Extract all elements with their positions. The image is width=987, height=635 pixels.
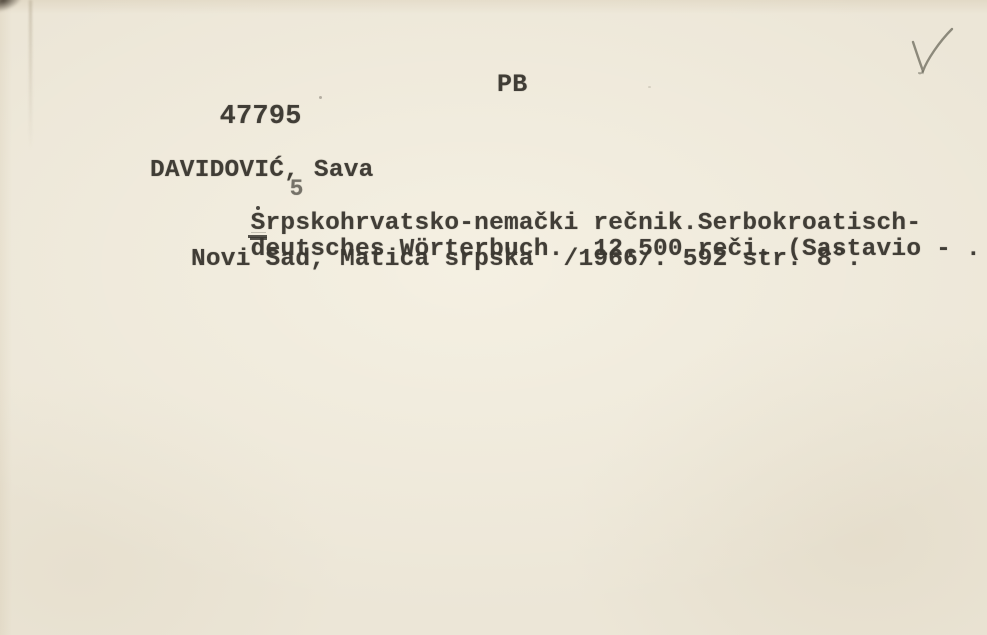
pencil-checkmark-icon — [893, 16, 965, 84]
author-heading: DAVIDOVIĆ, Sava — [150, 158, 374, 184]
ink-speck — [319, 96, 322, 99]
corner-smudge — [0, 0, 26, 15]
ink-speck — [648, 86, 651, 88]
classification-code: PB — [497, 70, 527, 99]
catalog-card: 47795 5 PB DAVIDOVIĆ, Sava Srpskohrvatsk… — [0, 0, 987, 635]
paper-crease — [29, 0, 32, 150]
imprint-line: Novi Sad, Matica srpska /1966/. 592 str.… — [191, 247, 862, 273]
call-number-value: 47795 — [220, 102, 302, 132]
